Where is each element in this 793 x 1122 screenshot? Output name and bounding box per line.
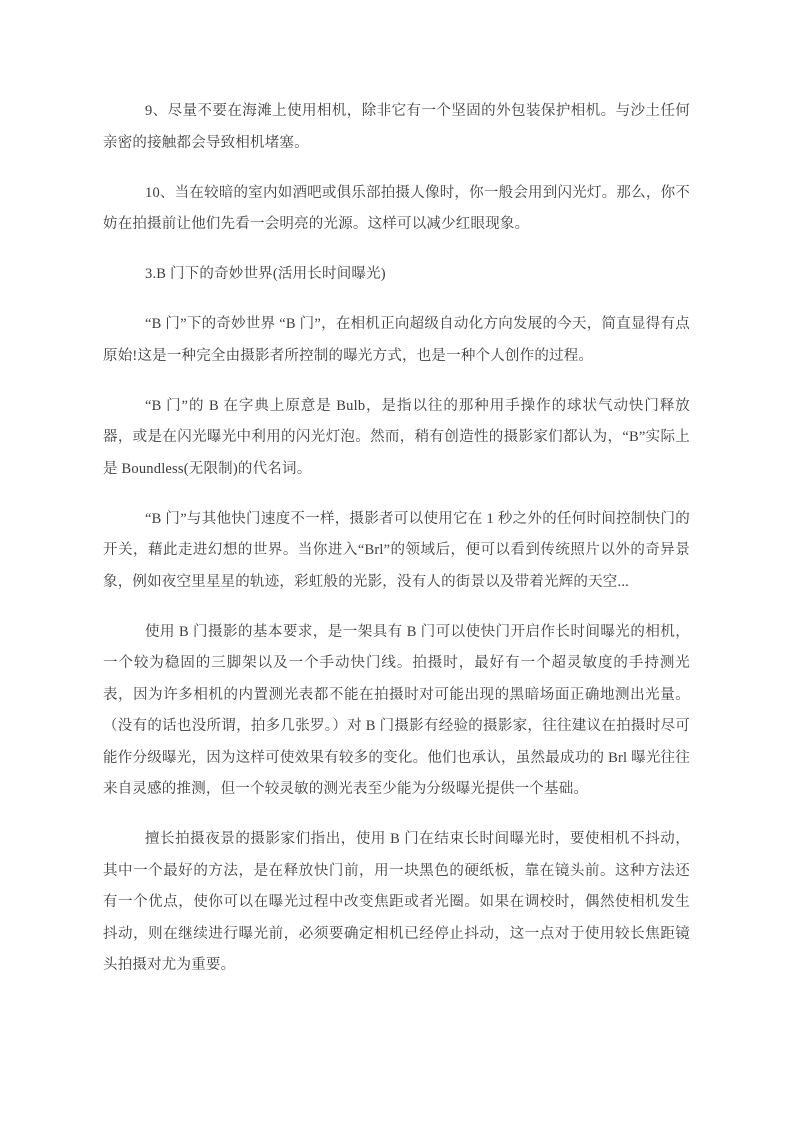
paragraph-bulb-meaning: “B 门”的 B 在字典上原意是 Bulb，是指以往的那种用手操作的球状气动快门… [103, 391, 690, 486]
paragraph-tip-9: 9、尽量不要在海滩上使用相机，除非它有一个坚固的外包装保护相机。与沙土任何亲密的… [103, 96, 690, 159]
document-page: 9、尽量不要在海滩上使用相机，除非它有一个坚固的外包装保护相机。与沙土任何亲密的… [0, 0, 793, 1122]
paragraph-bulb-usage: “B 门”与其他快门速度不一样，摄影者可以使用它在 1 秒之外的任何时间控制快门… [103, 504, 690, 599]
paragraph-bulb-intro: “B 门”下的奇妙世界 “B 门”，在相机正向超级自动化方向发展的今天，简直显得… [103, 309, 690, 372]
paragraph-night-shooting: 擅长拍摄夜景的摄影家们指出，使用 B 门在结束长时间曝光时，要使相机不抖动，其中… [103, 824, 690, 982]
section-heading: 3.B 门下的奇妙世界(活用长时间曝光) [103, 259, 690, 291]
paragraph-tip-10: 10、当在较暗的室内如酒吧或俱乐部拍摄人像时，你一般会用到闪光灯。那么，你不妨在… [103, 178, 690, 241]
paragraph-bulb-requirements: 使用 B 门摄影的基本要求，是一架具有 B 门可以使快门开启作长时间曝光的相机，… [103, 617, 690, 806]
